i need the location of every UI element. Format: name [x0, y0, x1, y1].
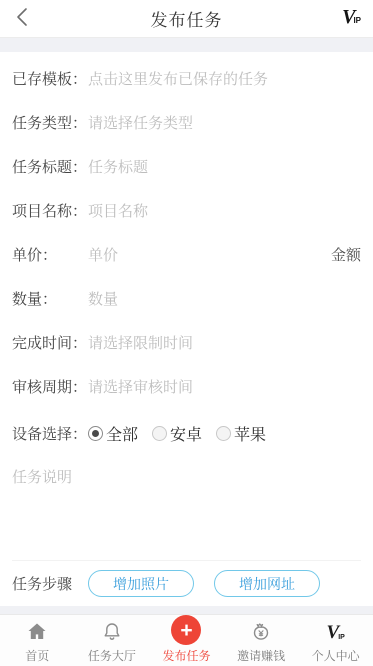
radio-icon: [152, 426, 167, 441]
tab-profile[interactable]: V IP 个人中心: [298, 615, 373, 666]
radio-device-all[interactable]: 全部: [88, 422, 138, 445]
home-icon: [25, 619, 49, 645]
header-divider-band: [0, 38, 373, 52]
field-label: 任务类型：: [12, 112, 88, 133]
bell-icon: [100, 619, 124, 645]
form-row-task-title: 任务标题： 任务标题: [12, 144, 361, 188]
task-steps-label: 任务步骤: [12, 573, 72, 594]
field-label: 任务标题：: [12, 156, 88, 177]
form-row-project-name: 项目名称： 项目名称: [12, 188, 361, 232]
field-label: 项目名称：: [12, 200, 88, 221]
field-label: 单价：: [12, 244, 88, 265]
radio-icon: [88, 426, 103, 441]
field-label: 设备选择：: [12, 423, 88, 444]
task-steps-row: 任务步骤 增加照片 增加网址: [12, 560, 361, 606]
plus-icon: +: [171, 619, 201, 645]
form-row-finish-time: 完成时间： 请选择限制时间: [12, 320, 361, 364]
publish-task-screen: 发布任务 V IP 已存模板： 点击这里发布已保存的任务 任务类型： 请选择任务…: [0, 0, 373, 666]
task-description-textarea[interactable]: 任务说明: [12, 456, 361, 554]
task-title-field[interactable]: 任务标题: [88, 156, 361, 177]
finish-time-field[interactable]: 请选择限制时间: [88, 332, 361, 353]
saved-template-field[interactable]: 点击这里发布已保存的任务: [88, 68, 361, 89]
add-url-button[interactable]: 增加网址: [214, 570, 320, 597]
publish-task-form: 已存模板： 点击这里发布已保存的任务 任务类型： 请选择任务类型 任务标题： 任…: [0, 52, 373, 606]
amount-suffix-label: 金额: [331, 244, 361, 265]
quantity-field[interactable]: 数量: [88, 288, 361, 309]
project-name-field[interactable]: 项目名称: [88, 200, 361, 221]
form-row-quantity: 数量： 数量: [12, 276, 361, 320]
device-radio-group: 全部 安卓 苹果: [88, 422, 266, 445]
header: 发布任务 V IP: [0, 0, 373, 38]
field-label: 数量：: [12, 288, 88, 309]
field-label: 审核周期：: [12, 376, 88, 397]
unit-price-field[interactable]: 单价: [88, 244, 331, 265]
tab-home[interactable]: 首页: [0, 615, 75, 666]
page-title: 发布任务: [151, 6, 223, 31]
radio-device-android[interactable]: 安卓: [152, 422, 202, 445]
tab-invite-earn[interactable]: 邀请赚钱: [224, 615, 299, 666]
radio-icon: [216, 426, 231, 441]
bottom-tab-bar: 首页 任务大厅 + 发布任务: [0, 614, 373, 666]
add-photo-button[interactable]: 增加照片: [88, 570, 194, 597]
tab-publish-task[interactable]: + 发布任务: [149, 615, 224, 666]
form-row-saved-template: 已存模板： 点击这里发布已保存的任务: [12, 56, 361, 100]
back-button[interactable]: [8, 5, 36, 33]
form-row-task-type: 任务类型： 请选择任务类型: [12, 100, 361, 144]
form-row-device-select: 设备选择： 全部 安卓 苹果: [12, 410, 361, 456]
chevron-left-icon: [13, 6, 31, 33]
vip-icon: V IP: [327, 619, 345, 645]
tabbar-divider-band: [0, 606, 373, 614]
header-vip-button[interactable]: V IP: [342, 7, 361, 27]
field-label: 已存模板：: [12, 68, 88, 89]
radio-device-ios[interactable]: 苹果: [216, 422, 266, 445]
field-label: 完成时间：: [12, 332, 88, 353]
form-row-review-period: 审核周期： 请选择审核时间: [12, 364, 361, 408]
task-type-field[interactable]: 请选择任务类型: [88, 112, 361, 133]
review-period-field[interactable]: 请选择审核时间: [88, 376, 361, 397]
form-row-unit-price: 单价： 单价 金额: [12, 232, 361, 276]
tab-task-hall[interactable]: 任务大厅: [75, 615, 150, 666]
money-bag-icon: [249, 619, 273, 645]
